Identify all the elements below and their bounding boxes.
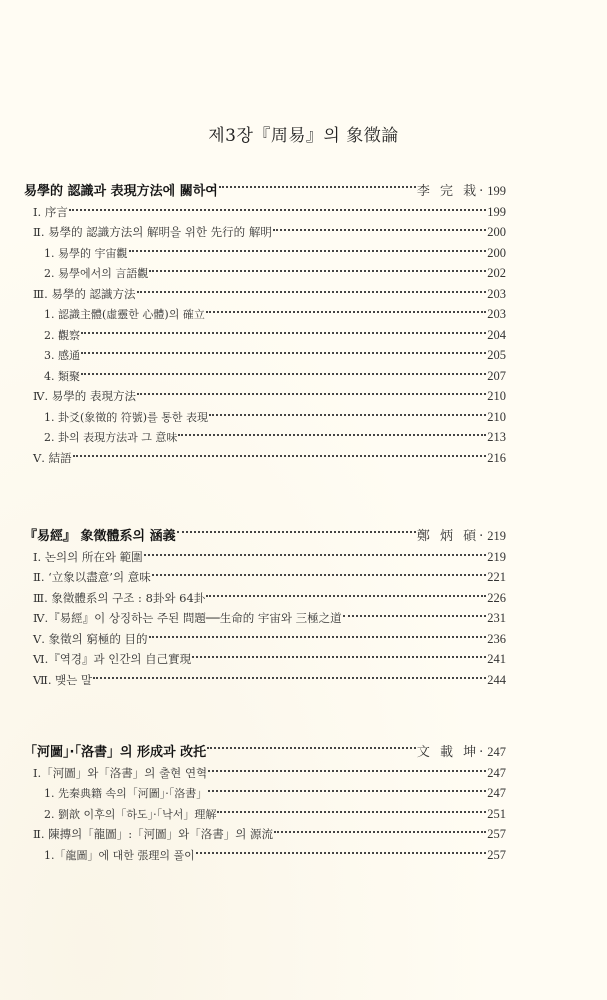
entry-page: 221 xyxy=(487,567,506,588)
dot-leader xyxy=(144,540,487,561)
entry-title: 2. 易學에서의 言語觀 xyxy=(24,264,148,285)
toc-entry[interactable]: Ⅴ. 結語216 xyxy=(24,441,506,462)
toc-entry[interactable]: 2. 觀察204 xyxy=(24,318,506,339)
toc-entry[interactable]: 4. 類聚207 xyxy=(24,359,506,380)
entry-page: 251 xyxy=(487,804,506,825)
entry-page: 226 xyxy=(487,588,506,609)
dot-leader xyxy=(274,818,486,839)
dot-leader xyxy=(178,421,486,442)
dot-leader xyxy=(73,441,487,462)
entry-title: Ⅰ. 序言 xyxy=(24,202,68,223)
section-title: 「河圖」·「洛書」의 形成과 改托 xyxy=(24,741,206,765)
dot-leader xyxy=(206,581,486,602)
entry-page: 216 xyxy=(487,448,506,469)
dot-leader xyxy=(149,257,486,278)
dot-leader xyxy=(273,216,486,237)
dot-leader xyxy=(192,643,486,664)
section-page: 219 xyxy=(487,524,506,548)
dot-leader xyxy=(177,516,416,540)
dot-leader xyxy=(209,400,486,421)
entry-page: 210 xyxy=(487,407,506,428)
entry-page: 236 xyxy=(487,629,506,650)
entry-page: 202 xyxy=(487,263,506,284)
dot-leader xyxy=(81,318,486,339)
dot-leader xyxy=(206,298,486,319)
entry-title: 3. 感通 xyxy=(24,346,80,367)
toc-entry[interactable]: Ⅰ. 序言199 xyxy=(24,195,506,216)
toc-section: 易學的 認識과 表現方法에 關하여 李 完 栽 · 199 Ⅰ. 序言199Ⅱ.… xyxy=(24,171,506,462)
entry-list: Ⅰ.「河圖」와「洛書」의 출현 연혁2471. 先秦典籍 속의「河圖」·「洛書」… xyxy=(24,756,506,859)
entry-page: 247 xyxy=(487,783,506,804)
toc-section: 『易經』 象徵體系의 涵義 鄭 炳 碩 · 219 Ⅰ. 논의의 所在와 範圍2… xyxy=(24,516,506,684)
entry-title: Ⅴ. 結語 xyxy=(24,448,72,469)
entry-page: 257 xyxy=(487,845,506,866)
section-page: 247 xyxy=(487,740,506,764)
dot-leader xyxy=(219,171,416,195)
entry-page: 200 xyxy=(487,243,506,264)
dot-leader xyxy=(149,622,487,643)
section-page: 199 xyxy=(487,179,506,203)
toc-entry[interactable]: 3. 感通205 xyxy=(24,339,506,360)
entry-list: Ⅰ. 序言199Ⅱ. 易學的 認識方法의 解明을 위한 先行的 解明2001. … xyxy=(24,195,506,462)
entry-title: 4. 類聚 xyxy=(24,367,80,388)
dot-leader xyxy=(137,380,486,401)
entry-title: 1. 易學的 宇宙觀 xyxy=(24,244,128,265)
entry-page: 203 xyxy=(487,284,506,305)
entry-page: 247 xyxy=(487,763,506,784)
toc-entry[interactable]: Ⅶ. 맺는 말244 xyxy=(24,663,506,684)
dot-leader xyxy=(152,561,487,582)
entry-page: 203 xyxy=(487,304,506,325)
entry-page: 213 xyxy=(487,427,506,448)
dot-leader xyxy=(81,359,486,380)
entry-title: Ⅰ.「河圖」와「洛書」의 출현 연혁 xyxy=(24,763,207,784)
entry-title: Ⅱ. ‘立象以盡意’의 意味 xyxy=(24,567,151,588)
section-heading[interactable]: 「河圖」·「洛書」의 形成과 改托 文 載 坤 · 247 xyxy=(24,732,506,756)
entry-page: 200 xyxy=(487,222,506,243)
entry-page: 244 xyxy=(487,670,506,691)
entry-page: 207 xyxy=(487,366,506,387)
entry-page: 241 xyxy=(487,649,506,670)
entry-page: 257 xyxy=(487,824,506,845)
entry-title: Ⅲ. 易學的 認識方法 xyxy=(24,284,136,305)
book-page: 제3장『周易』의 象徵論 易學的 認識과 表現方法에 關하여 李 完 栽 · 1… xyxy=(0,0,607,1000)
entry-title: Ⅳ. 易學的 表現方法 xyxy=(24,386,136,407)
section-heading[interactable]: 易學的 認識과 表現方法에 關하여 李 完 栽 · 199 xyxy=(24,171,506,195)
entry-title: 1.「龍圖」에 대한 張理의 풀이 xyxy=(24,846,195,867)
section-heading[interactable]: 『易經』 象徵體系의 涵義 鄭 炳 碩 · 219 xyxy=(24,516,506,540)
dot-leader xyxy=(69,195,486,216)
dot-leader xyxy=(81,339,486,360)
entry-page: 204 xyxy=(487,325,506,346)
dot-leader xyxy=(137,277,487,298)
dot-leader xyxy=(93,663,486,684)
entry-page: 210 xyxy=(487,386,506,407)
entry-title: Ⅶ. 맺는 말 xyxy=(24,670,92,691)
entry-page: 231 xyxy=(487,608,506,629)
entry-page: 205 xyxy=(487,345,506,366)
dot-leader xyxy=(196,838,487,859)
entry-title: 2. 劉歆 이후의「하도」·「낙서」理解 xyxy=(24,805,216,826)
entry-title: 2. 觀察 xyxy=(24,326,80,347)
entry-title: Ⅴ. 象徵의 窮極的 目的 xyxy=(24,629,148,650)
entry-title: 1. 先秦典籍 속의「河圖」·「洛書」 xyxy=(24,784,207,805)
dot-leader xyxy=(217,797,486,818)
toc-section: 「河圖」·「洛書」의 形成과 改托 文 載 坤 · 247 Ⅰ.「河圖」와「洛書… xyxy=(24,732,506,859)
toc-entry[interactable]: Ⅱ. 易學的 認識方法의 解明을 위한 先行的 解明200 xyxy=(24,216,506,237)
dot-leader xyxy=(208,777,486,798)
dot-leader xyxy=(207,732,416,756)
entry-list: Ⅰ. 논의의 所在와 範圍219Ⅱ. ‘立象以盡意’의 意味221Ⅲ. 象徵體系… xyxy=(24,540,506,684)
dot-leader xyxy=(208,756,486,777)
entry-page: 199 xyxy=(487,202,506,223)
entry-title: Ⅰ. 논의의 所在와 範圍 xyxy=(24,547,143,568)
dot-leader xyxy=(129,236,487,257)
toc-entry[interactable]: Ⅳ. 易學的 表現方法210 xyxy=(24,380,506,401)
chapter-title: 제3장『周易』의 象徵論 xyxy=(0,121,607,146)
entry-title: Ⅲ. 象徵體系의 구조 : 8卦와 64卦 xyxy=(24,588,205,609)
entry-page: 219 xyxy=(487,547,506,568)
dot-leader xyxy=(343,602,487,623)
